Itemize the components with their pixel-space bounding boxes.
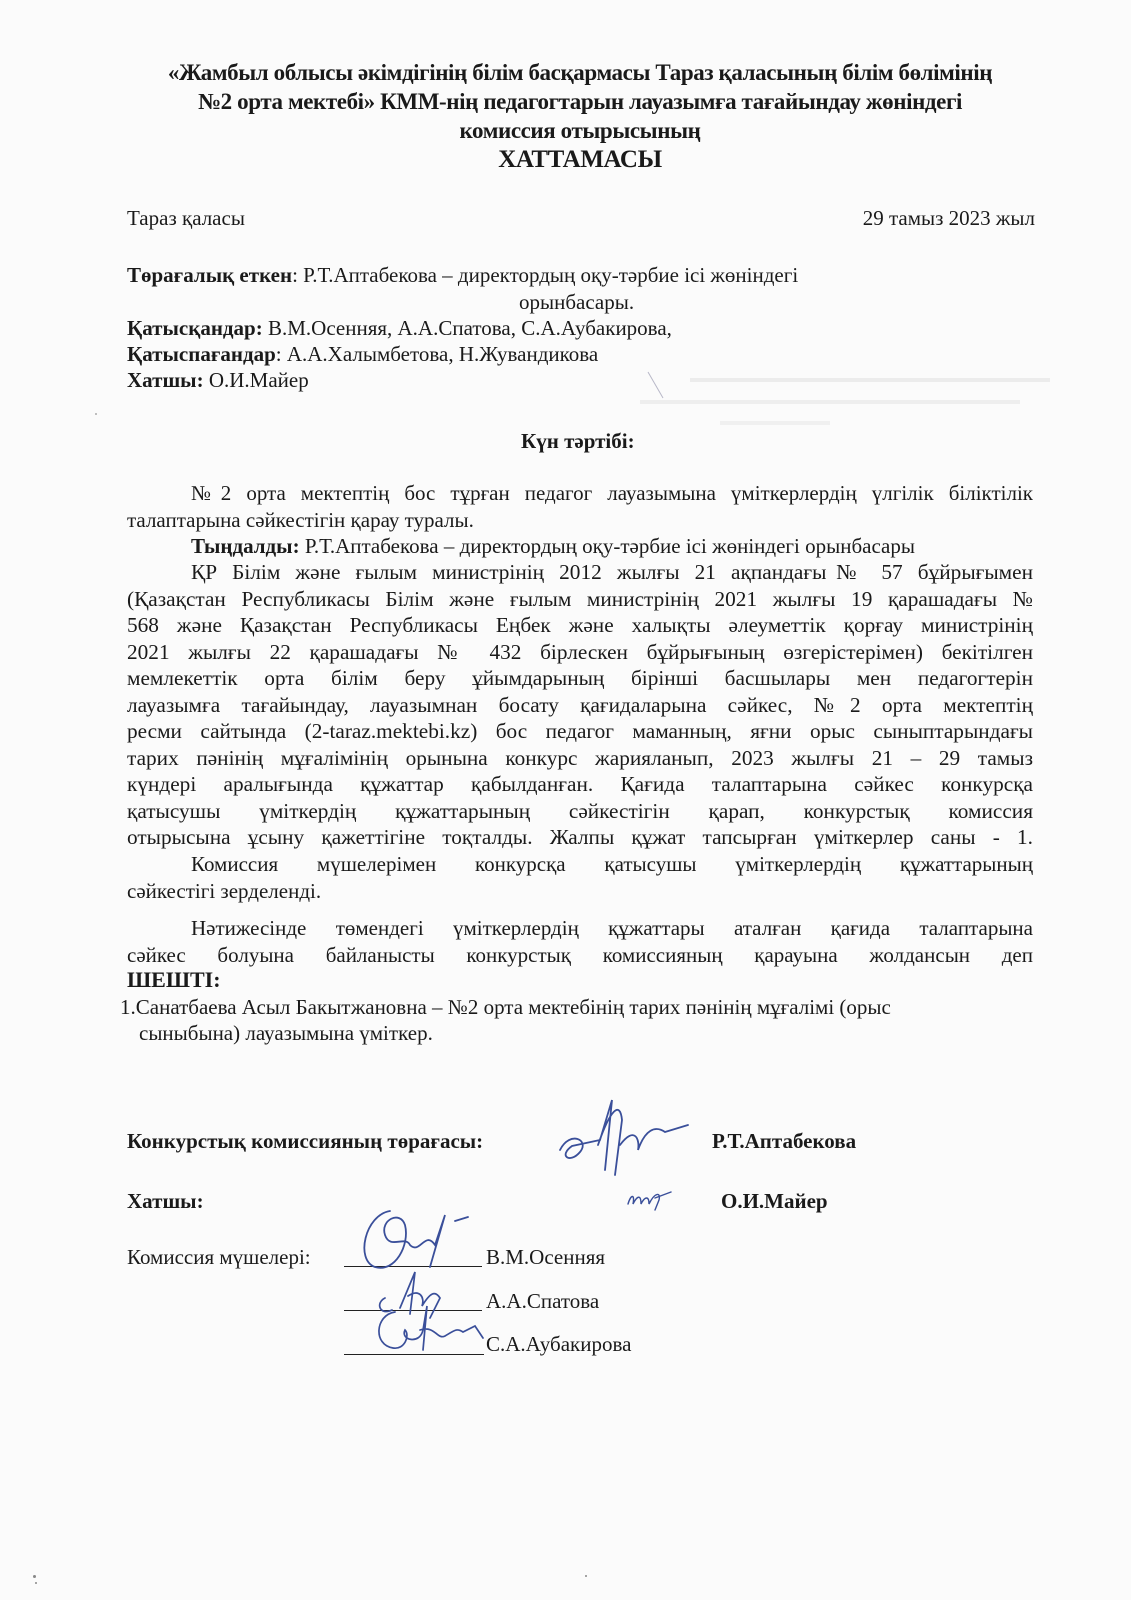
body-line: 568 және Қазақстан Республикасы Еңбек жә… xyxy=(127,612,1033,639)
body-line: 2021 жылғы 22 қарашадағы № 432 бірлескен… xyxy=(127,639,1033,666)
body-paragraph-1: ҚР Білім және ғылым министрінің 2012 жыл… xyxy=(127,559,1033,851)
scan-speck xyxy=(585,1575,587,1577)
agenda-item: №2 орта мектептің бос тұрған педагог лау… xyxy=(127,480,1033,533)
body-line: лауазымға тағайындау, лауазымнан босату … xyxy=(127,692,1033,719)
bleed-through-line xyxy=(720,421,830,425)
body-line: ҚР Білім және ғылым министрінің 2012 жыл… xyxy=(127,559,1033,586)
secretary-label: Хатшы: xyxy=(127,368,204,392)
absent-row: Қатыспағандар: А.А.Халымбетова, Н.Жуванд… xyxy=(127,341,598,367)
decided-heading: ШЕШТІ: xyxy=(127,967,221,993)
body-line: сәйкестігі зерделенді. xyxy=(127,878,1033,905)
chair-row: Төрағалық еткен: Р.Т.Аптабекова – директ… xyxy=(127,262,798,288)
chair-name: Р.Т.Аптабекова xyxy=(712,1128,856,1154)
scan-speck xyxy=(33,1575,36,1578)
present-value: В.М.Осенняя, А.А.Спатова, С.А.Аубакирова… xyxy=(263,316,672,340)
chair-signature-icon xyxy=(550,1090,690,1180)
absent-label: Қатыспағандар xyxy=(127,342,276,366)
title-line-3: комиссия отырысының xyxy=(110,116,1050,145)
body-paragraph-2: Комиссия мүшелерімен конкурсқа қатысушы … xyxy=(127,851,1033,904)
members-label: Комиссия мүшелері: xyxy=(127,1244,311,1270)
body-line: Комиссия мүшелерімен конкурсқа қатысушы … xyxy=(127,851,1033,878)
secretary-value: О.И.Майер xyxy=(204,368,309,392)
secretary-row: Хатшы: О.И.Майер xyxy=(127,367,309,393)
absent-value: : А.А.Халымбетова, Н.Жувандикова xyxy=(276,342,598,366)
body-line: тарих пәнінің мұғалімінің орынына конкур… xyxy=(127,745,1033,772)
secretary-name: О.И.Майер xyxy=(721,1188,828,1214)
scan-speck xyxy=(35,1582,37,1584)
document-title: «Жамбыл облысы әкімдігінің білім басқарм… xyxy=(110,58,1050,174)
document-page: «Жамбыл облысы әкімдігінің білім басқарм… xyxy=(0,0,1131,1600)
chair-label: Төрағалық еткен xyxy=(127,263,292,287)
chair-value: : Р.Т.Аптабекова – директордың оқу-тәрби… xyxy=(292,263,798,287)
scan-speck xyxy=(95,413,97,415)
chair-signature-label: Конкурстық комиссияның төрағасы: xyxy=(127,1128,483,1154)
secretary-signature-icon xyxy=(625,1186,675,1212)
title-line-2: №2 орта мектебі» КММ-нің педагогтарын ла… xyxy=(110,87,1050,116)
member-name: В.М.Осенняя xyxy=(486,1244,605,1270)
present-label: Қатысқандар: xyxy=(127,316,263,340)
present-row: Қатысқандар: В.М.Осенняя, А.А.Спатова, С… xyxy=(127,315,672,341)
body-line: (Қазақстан Республикасы Білім және ғылым… xyxy=(127,586,1033,613)
body-line: сәйкес болуына байланысты конкурстық ком… xyxy=(127,942,1033,969)
document-type: ХАТТАМАСЫ xyxy=(110,145,1050,174)
pen-stroke-mark xyxy=(648,372,664,398)
heard-label: Тыңдалды: xyxy=(191,534,300,558)
title-line-1: «Жамбыл облысы әкімдігінің білім басқарм… xyxy=(110,58,1050,87)
body-line: Нәтижесінде төмендегі үміткерлердің құжа… xyxy=(127,915,1033,942)
member-3-signature-icon xyxy=(365,1300,495,1355)
body-line: күндері аралығында құжаттар қабылданған.… xyxy=(127,771,1033,798)
member-1-signature-icon xyxy=(350,1205,500,1275)
secretary-signature-label: Хатшы: xyxy=(127,1188,204,1214)
body-line: қатысушы үміткердің құжаттарының сәйкест… xyxy=(127,798,1033,825)
agenda-item-line-1: №2 орта мектептің бос тұрған педагог лау… xyxy=(127,480,1033,507)
bleed-through-line xyxy=(690,378,1050,382)
body-line: мемлекеттік орта білім беру ұйымдарының … xyxy=(127,665,1033,692)
body-line: отырысына ұсыну қажеттігіне тоқталды. Жа… xyxy=(127,824,1033,851)
chair-value-cont: орынбасары. xyxy=(519,289,634,315)
decision-line-2: сыныбына) лауазымына үміткер. xyxy=(139,1020,433,1046)
body-line: ресми сайтында (2-taraz.mektebi.kz) бос … xyxy=(127,718,1033,745)
bleed-through-line xyxy=(640,400,1020,404)
body-paragraph-3: Нәтижесінде төмендегі үміткерлердің құжа… xyxy=(127,915,1033,968)
heard-row: Тыңдалды: Р.Т.Аптабекова – директордың о… xyxy=(191,533,915,559)
decision-line-1: 1.Санатбаева Асыл Бакытжановна – №2 орта… xyxy=(120,994,891,1020)
date: 29 тамыз 2023 жыл xyxy=(863,206,1035,231)
agenda-heading: Күн тәртібі: xyxy=(521,428,635,454)
heard-value: Р.Т.Аптабекова – директордың оқу-тәрбие … xyxy=(300,534,915,558)
member-name: С.А.Аубакирова xyxy=(486,1331,631,1357)
member-name: А.А.Спатова xyxy=(486,1288,599,1314)
city: Тараз қаласы xyxy=(127,206,245,231)
agenda-item-line-2: талаптарына сәйкестігін қарау туралы. xyxy=(127,507,1033,534)
